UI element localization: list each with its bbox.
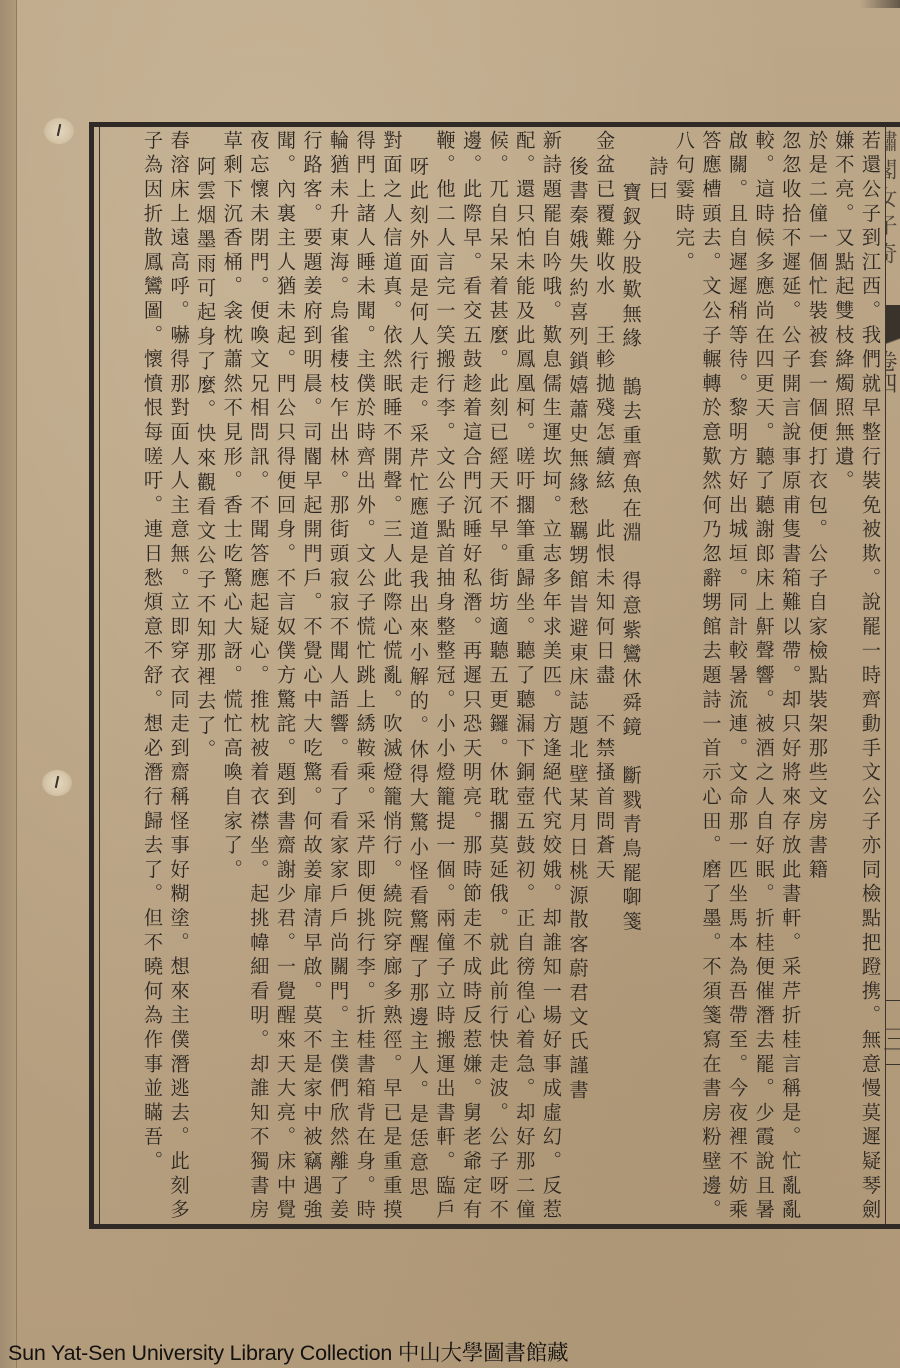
text-column: 邊。此際早。看交五鼓趁着這合門沉睡好私潛。再遲只恐天明亮。那時節走不成時反惹嫌。… xyxy=(458,130,485,1225)
text-column: 忽忽收拾不遲延。公子開言說事原甫隻書箱難以帶。却只好將來存放此書軒。采芹折桂言稱… xyxy=(777,130,804,1225)
text-column: 聞。內裏主人猶未起。門公只得便回身。不言奴僕方驚詫。題到書齋謝少君。一覺醒來天大… xyxy=(271,130,298,1225)
text-column: 鞭。他二人言完一笑搬行李。文公子點首抽身整整冠。小小燈籠提一個。兩僮子立時搬運出… xyxy=(431,130,458,1225)
text-column: 夜忘懷未閉門。便喚文兄相問訊。不聞答應起疑心。推枕被着衣襟坐。起挑幃細看明。却誰… xyxy=(245,130,272,1225)
scan-shadow xyxy=(860,0,900,8)
text-column: 子為因折散鳳鸞圖。懷憤恨每嗟吁。連日愁煩意不舒。想必潛行歸去了。但不曉何為作事並… xyxy=(138,130,165,1225)
margin-book-title: 繡閣女子奇 xyxy=(886,130,900,310)
text-column: 候。兀自呆呆着甚麼。此刻已經天不早。街坊適聽五更鑼。休耽擱莫延俄。就此前行快走波… xyxy=(484,130,511,1225)
text-column: 春溶床上遠高呼。嚇得那對面人人主意無。立即穿衣同走到齋稱怪事好糊塗。想來主僕潛逃… xyxy=(165,130,192,1225)
text-column: 阿雲烟墨雨可起身了麼。快來觀看文公子不知那裡去了。 xyxy=(192,130,219,1225)
text-column: 行路客。要題姜府到明晨。司閽早起開門戶。不覺心中大吃驚。何故姜扉清早啟。莫不是家… xyxy=(298,130,325,1225)
text-column: 得門上諸人睡未聞。主僕於時齊出外。文公子慌忙跳上綉鞍乘。采芹即便挑行李。折桂書箱… xyxy=(351,130,378,1225)
margin-rule xyxy=(886,1000,900,1001)
scanned-page: 繡閣女子奇 卷四 三 若還公子到江西。我們就早整行裝免被欺。說罷一時齊動手文公子… xyxy=(0,0,900,1368)
text-column: 呀此刻外面是何人行走。采芹忙應道是我出來小解的。休得大驚小怪看驚醒了那邊主人。是… xyxy=(404,130,431,1225)
library-watermark: Sun Yat-Sen University Library Collectio… xyxy=(8,1336,568,1367)
text-column: 八句霎時完。 xyxy=(670,130,697,1225)
margin-volume-label: 卷四 xyxy=(886,350,900,470)
text-column: 新詩題罷自吟哦。歎息儒生運坎坷。立志多年求美匹。方逢絕代究姣娥。却誰知一場好事成… xyxy=(537,130,564,1225)
inner-border-line xyxy=(99,127,100,1224)
text-body: 若還公子到江西。我們就早整行裝免被欺。說罷一時齊動手文公子亦同檢點把蹬携。無意慢… xyxy=(102,130,883,1225)
text-column: 後書秦娥失約喜列鎖嬉蕭史無緣愁羈甥館旹避東床誌題北壁某月日桃源散客蔚君文氏謹書 xyxy=(564,130,591,1225)
page-edge-strip xyxy=(0,0,17,1368)
text-column: 輪猶未升東海。烏雀棲枝乍出林。那街頭寂寂不聞人語響。看了看家家戶戶尚關門。主僕們… xyxy=(325,130,352,1225)
fishtail-mark-icon xyxy=(886,305,900,327)
page-number: 三 xyxy=(883,1020,900,1060)
poem-line: 寶釵分股歎無緣 鵲去重齊魚在淵 得意紫鸞休舜鏡 斷戮青鳥罷啣箋 xyxy=(617,130,644,1225)
margin-rule xyxy=(886,1064,900,1065)
poem-heading: 詩曰 xyxy=(644,130,671,1225)
poem-line: 金盆已覆難收水 王軫拋殘怎續絃 此恨未知何日盡 不禁搔首問蒼天 xyxy=(590,130,617,1225)
text-column: 於是二僮一個忙裝被套一個便打衣包。公子自家檢點裝架那些文房書籍 xyxy=(803,130,830,1225)
binding-hole-icon xyxy=(44,118,74,144)
text-column: 配。還只怕未能及此鳳凰柯。嗟吁擱筆重歸坐。聽了聽漏下銅壺五鼓初。正自徬徨心着急。… xyxy=(511,130,538,1225)
text-column: 對面之人信道真。依然眠睡不開聲。三人此際心慌亂。吹滅燈籠悄行。繞院穿廊多熟徑。早… xyxy=(378,130,405,1225)
text-column: 較。這時候多應尚在四更天。聽了聽謝郎床上鼾聲響。被酒之人自好眠。折桂便催潛去罷。… xyxy=(750,130,777,1225)
text-column: 草剩下沉香桶。衾枕蕭然不見形。香士吃驚心大訝。慌忙高喚自家了。 xyxy=(218,130,245,1225)
text-column: 嫌不亮。又點起雙枝絳燭照無遺。 xyxy=(830,130,857,1225)
text-column: 若還公子到江西。我們就早整行裝免被欺。說罷一時齊動手文公子亦同檢點把蹬携。無意慢… xyxy=(856,130,883,1225)
binding-hole-icon xyxy=(42,770,72,796)
text-column: 啟關。且自遲遲稍等待。黎明方好出城垣。同計較暑流連。文命那一匹坐馬本為吾帶至。今… xyxy=(723,130,750,1225)
text-column: 答應槽頭去。文公子輾轉於意歎然何乃忽辭甥館去題詩一首示心田。磨了墨。不須箋寫在書… xyxy=(697,130,724,1225)
